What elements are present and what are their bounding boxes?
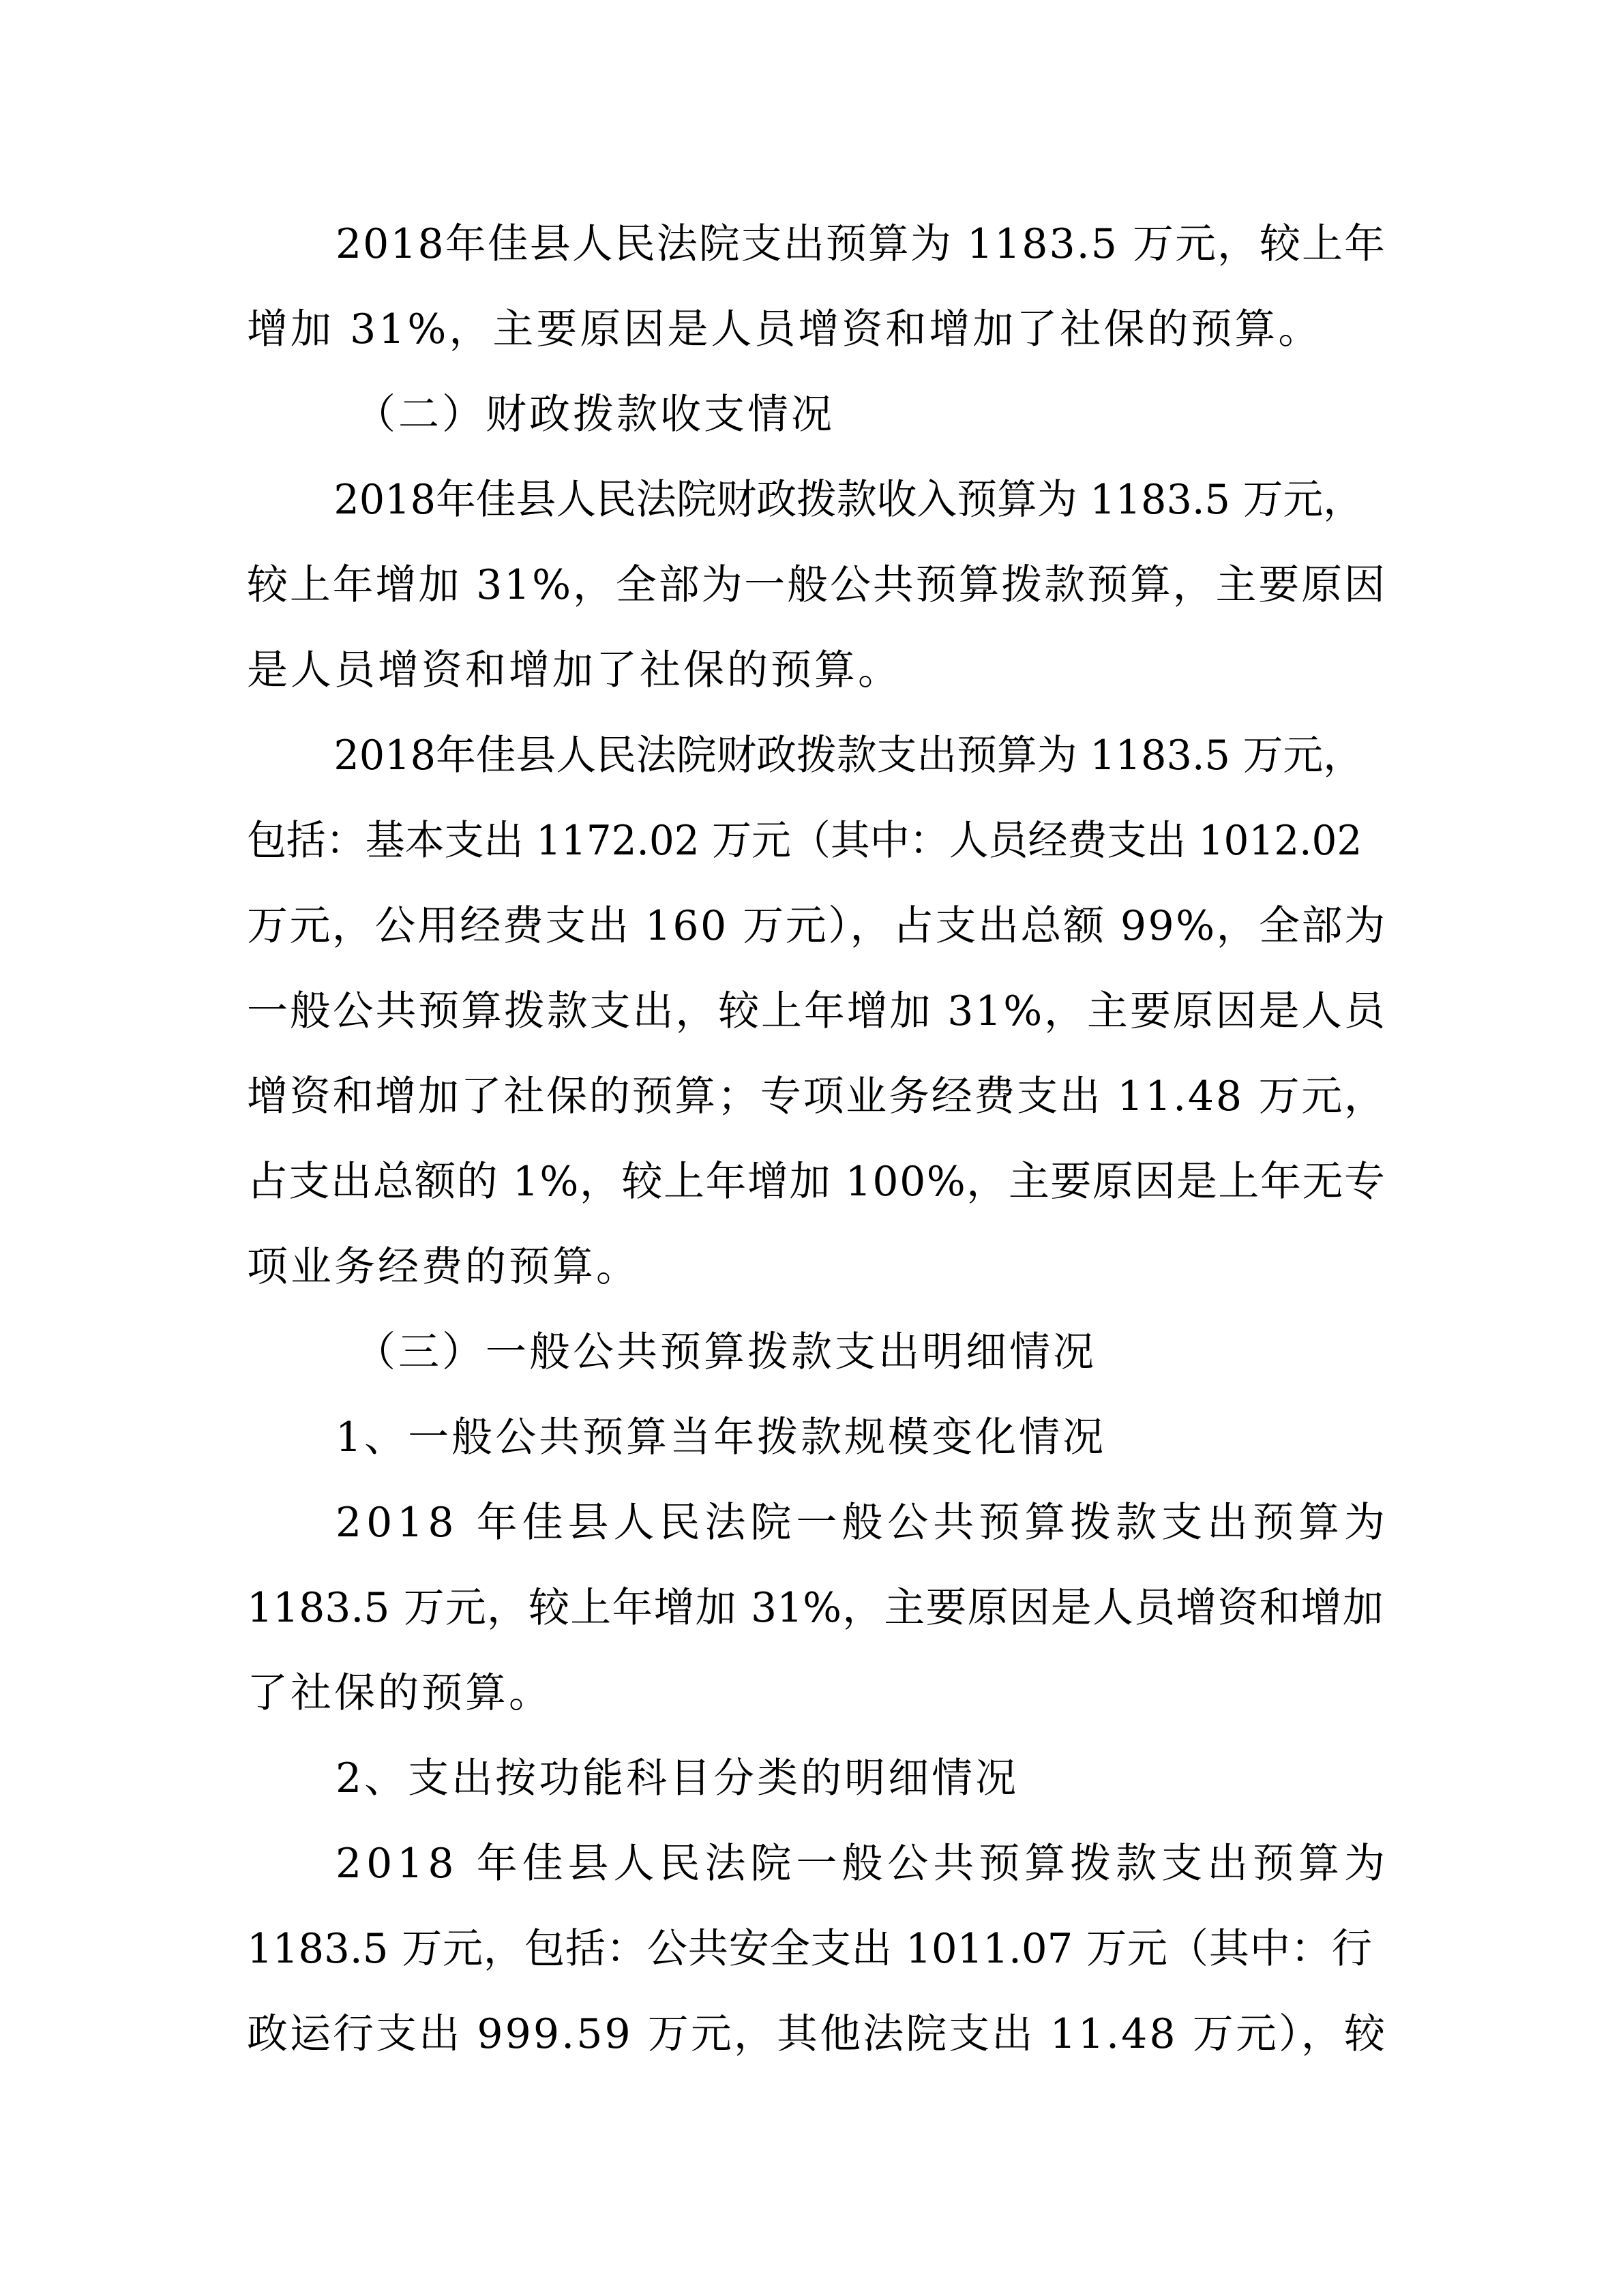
paragraph-total-expenditure: 2018年佳县人民法院支出预算为 1183.5 万元，较上年 增加 31%，主要… xyxy=(247,217,1386,387)
text-line: 占支出总额的 1%，较上年增加 100%，主要原因是上年无专 xyxy=(247,1154,1386,1240)
text-line: 了社保的预算。 xyxy=(247,1666,1386,1751)
text-line: 2018年佳县人民法院支出预算为 1183.5 万元，较上年 xyxy=(247,217,1386,302)
section-heading-fiscal-appropriation: （二）财政拨款收支情况 xyxy=(247,387,1386,473)
text-line: 包括：基本支出 1172.02 万元（其中：人员经费支出 1012.02 xyxy=(247,814,1347,899)
subsection-heading: 2、支出按功能科目分类的明细情况 xyxy=(247,1751,1386,1836)
subsection-heading: 1、一般公共预算当年拨款规模变化情况 xyxy=(247,1410,1386,1495)
section-heading: （三）一般公共预算拨款支出明细情况 xyxy=(247,1325,1386,1410)
paragraph-fiscal-income: 2018年佳县人民法院财政拨款收入预算为 1183.5 万元， 较上年增加 31… xyxy=(247,473,1386,728)
text-line: 一般公共预算拨款支出，较上年增加 31%，主要原因是人员 xyxy=(247,984,1386,1069)
paragraph-general-budget-scale: 2018 年佳县人民法院一般公共预算拨款支出预算为 1183.5 万元，较上年增… xyxy=(247,1495,1386,1751)
text-line: 1183.5 万元，包括：公共安全支出 1011.07 万元（其中：行 xyxy=(247,1922,1372,2007)
subheading-functional-classification: 2、支出按功能科目分类的明细情况 xyxy=(247,1751,1386,1836)
text-line: 增资和增加了社保的预算；专项业务经费支出 11.48 万元， xyxy=(247,1069,1386,1154)
text-line: 2018年佳县人民法院财政拨款支出预算为 1183.5 万元， xyxy=(247,728,1363,814)
text-line: 1183.5 万元，较上年增加 31%，主要原因是人员增资和增加 xyxy=(247,1581,1384,1666)
text-line: 政运行支出 999.59 万元，其他法院支出 11.48 万元），较 xyxy=(247,2007,1386,2092)
text-line: 是人员增资和增加了社保的预算。 xyxy=(247,643,1386,728)
text-line: 增加 31%，主要原因是人员增资和增加了社保的预算。 xyxy=(247,302,1386,387)
text-line: 项业务经费的预算。 xyxy=(247,1240,1386,1325)
text-line: 较上年增加 31%，全部为一般公共预算拨款预算，主要原因 xyxy=(247,558,1386,643)
text-line: 2018年佳县人民法院财政拨款收入预算为 1183.5 万元， xyxy=(247,473,1363,558)
paragraph-functional-classification: 2018 年佳县人民法院一般公共预算拨款支出预算为 1183.5 万元，包括：公… xyxy=(247,1836,1386,2092)
section-heading: （二）财政拨款收支情况 xyxy=(247,387,1386,473)
section-heading-general-budget-detail: （三）一般公共预算拨款支出明细情况 xyxy=(247,1325,1386,1410)
text-line: 万元，公用经费支出 160 万元），占支出总额 99%，全部为 xyxy=(247,899,1386,984)
subheading-appropriation-scale: 1、一般公共预算当年拨款规模变化情况 xyxy=(247,1410,1386,1495)
text-line: 2018 年佳县人民法院一般公共预算拨款支出预算为 xyxy=(247,1836,1386,1922)
document-page: 2018年佳县人民法院支出预算为 1183.5 万元，较上年 增加 31%，主要… xyxy=(247,217,1386,2092)
paragraph-fiscal-expenditure: 2018年佳县人民法院财政拨款支出预算为 1183.5 万元， 包括：基本支出 … xyxy=(247,728,1386,1325)
text-line: 2018 年佳县人民法院一般公共预算拨款支出预算为 xyxy=(247,1495,1386,1581)
